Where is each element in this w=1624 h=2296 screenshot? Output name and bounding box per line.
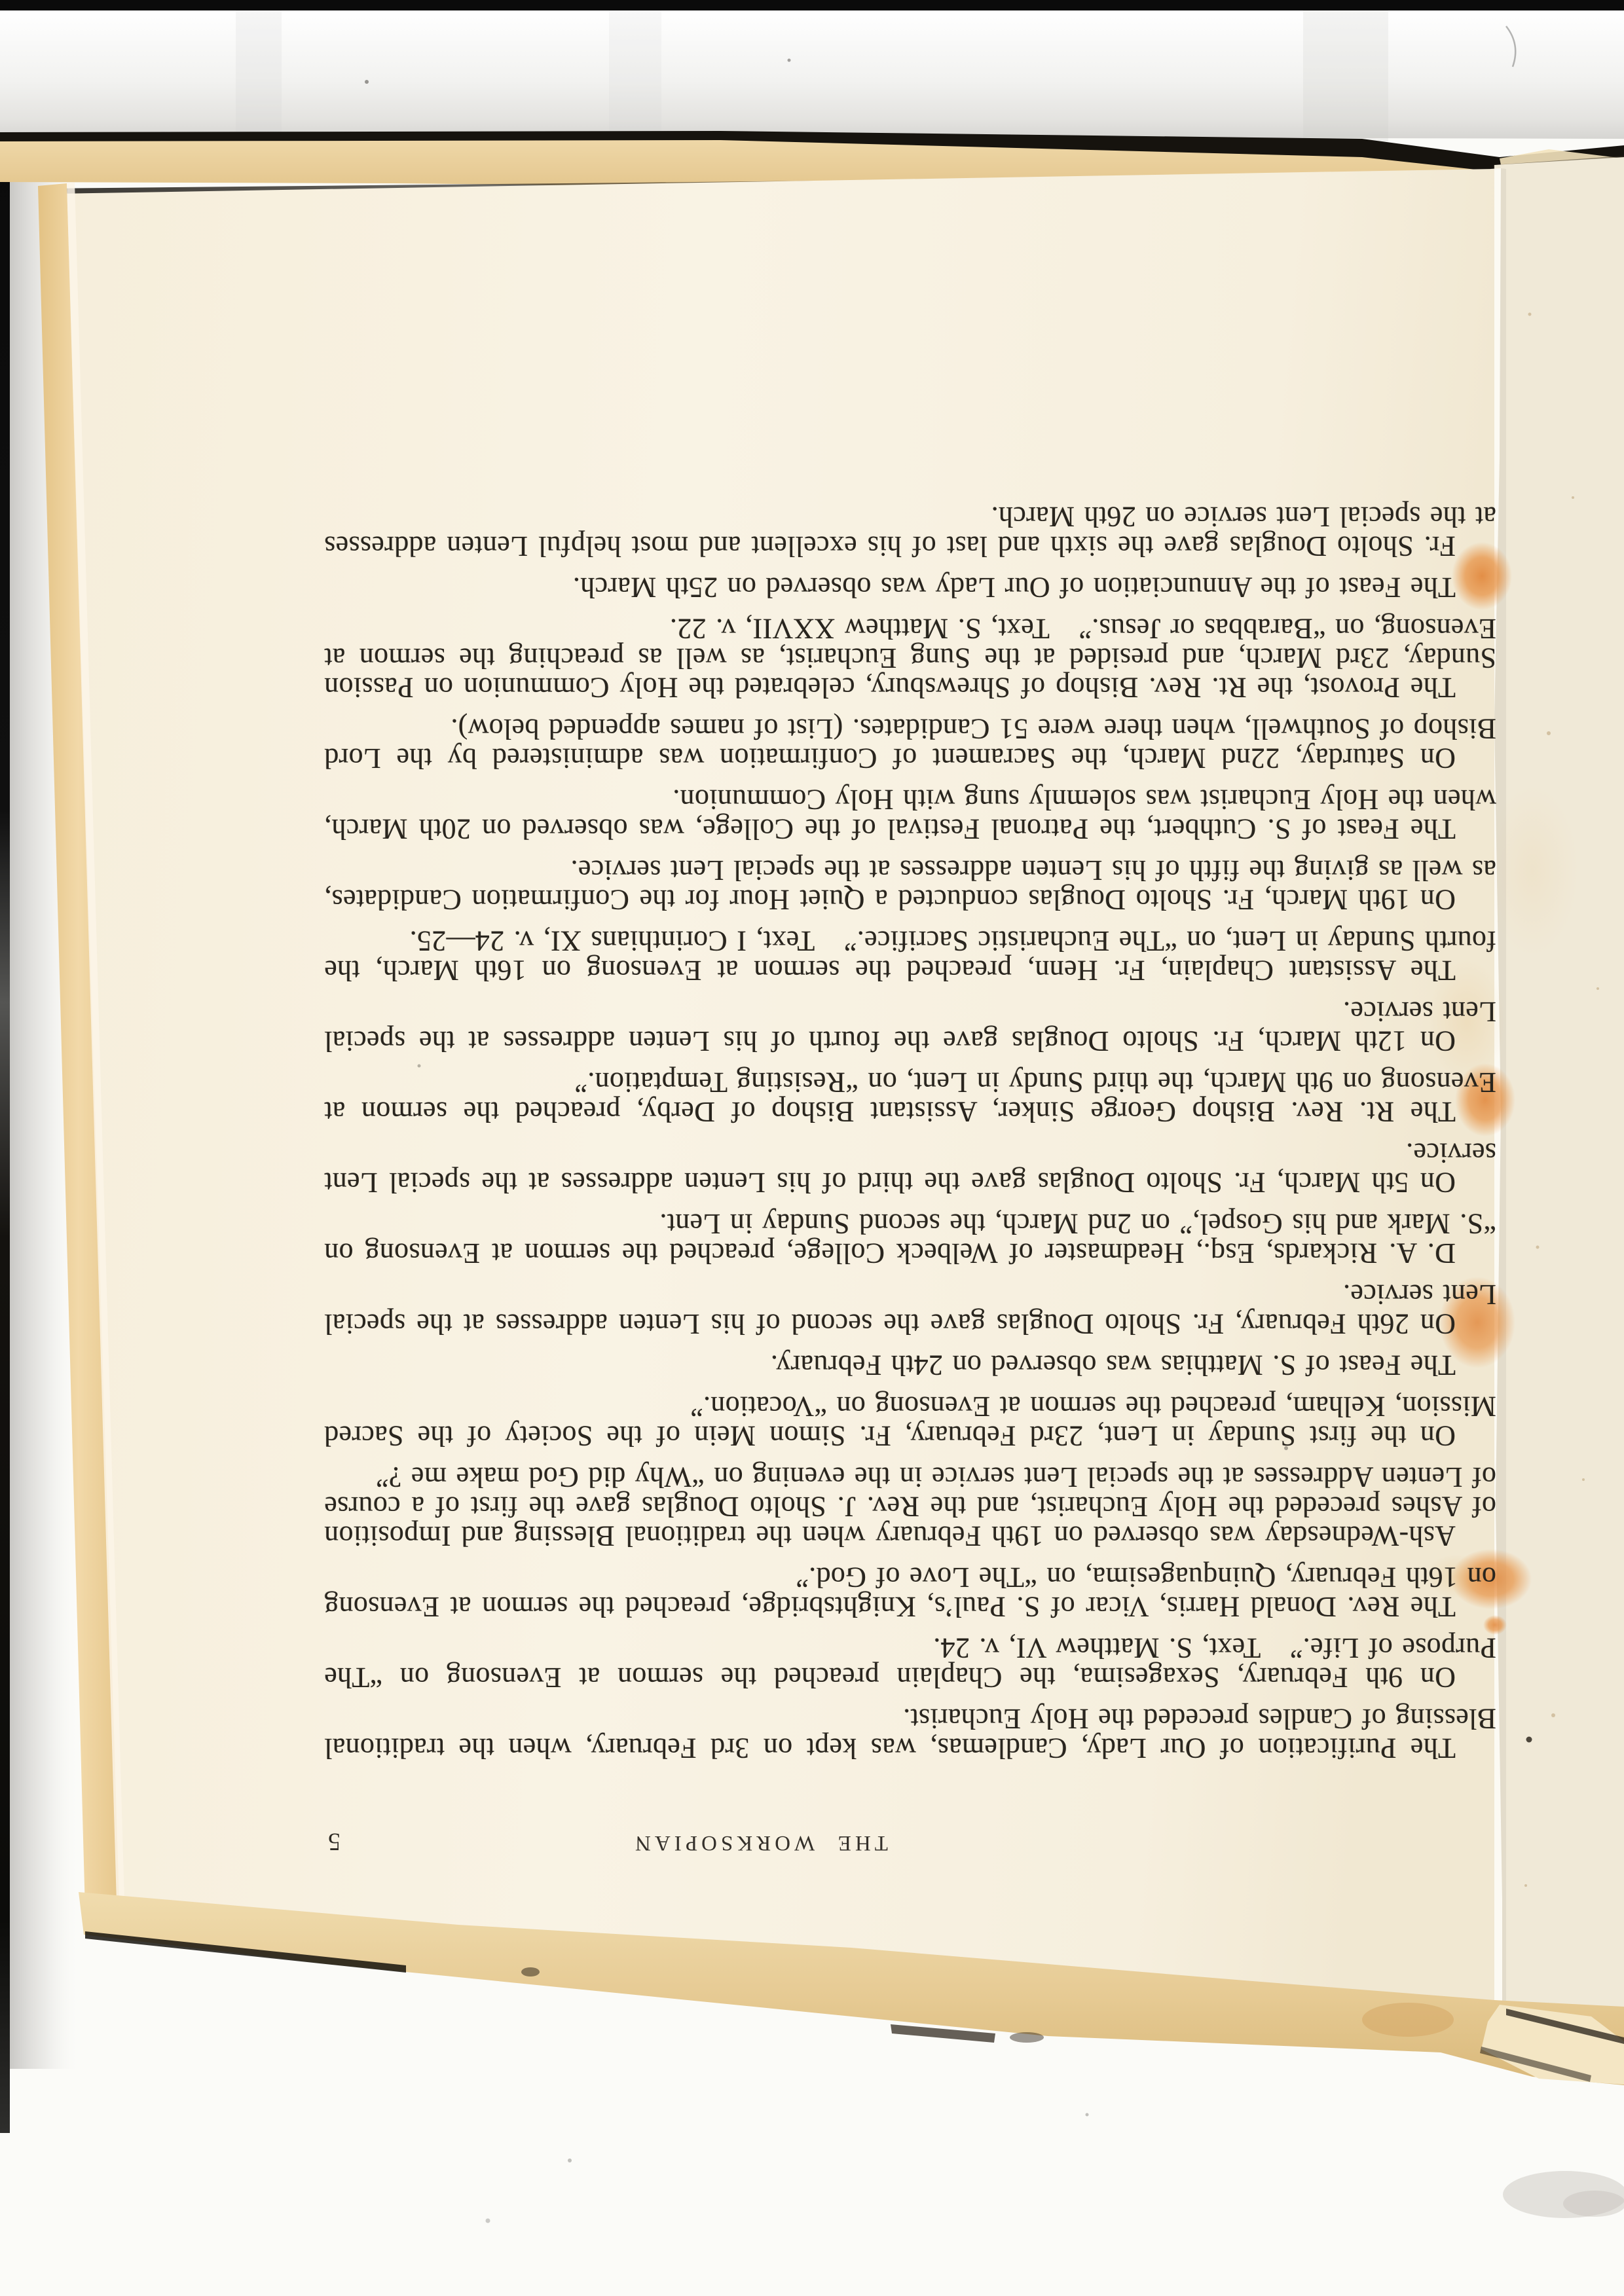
scanner-edge-left	[0, 0, 10, 2133]
chronicle-paragraphs: The Purification of Our Lady, Candlemas,…	[324, 502, 1496, 1763]
paragraph: Ash-Wednesday was observed on 19th Febru…	[324, 1463, 1496, 1551]
paragraph: Fr. Sholto Douglas gave the sixth and la…	[324, 502, 1496, 561]
paragraph: On Saturday, 22nd March, the Sacrament o…	[324, 714, 1496, 773]
paragraph: On 26th February, Fr. Sholto Douglas gav…	[324, 1280, 1496, 1339]
paragraph: The Rev. Donald Harris, Vicar of S. Paul…	[324, 1563, 1496, 1622]
paragraph: On the first Sunday in Lent, 23rd Februa…	[324, 1392, 1496, 1451]
paragraph: On 19th March, Fr. Sholto Douglas conduc…	[324, 856, 1496, 915]
paragraph: The Feast of the Annunciation of Our Lad…	[324, 573, 1496, 602]
paragraph: The Purification of Our Lady, Candlemas,…	[324, 1704, 1496, 1763]
paragraph: The Assistant Chaplain, Fr. Henn, preach…	[324, 926, 1496, 985]
paragraph: On 12th March, Fr. Sholto Douglas gave t…	[324, 997, 1496, 1056]
paragraph: The Provost, the Rt. Rev. Bishop of Shre…	[324, 614, 1496, 702]
dark-speck	[1526, 1737, 1532, 1743]
paragraph: On 9th February, Sexagesima, the Chaplai…	[324, 1633, 1496, 1692]
page-header: THE WORKSOPIAN 5	[324, 1826, 1496, 1856]
back-sheet	[1494, 157, 1624, 2020]
paragraph: The Feast of S. Cuthbert, the Patronal F…	[324, 785, 1496, 844]
page-number: 5	[328, 1827, 341, 1856]
scanned-book-spread: { "document": { "running_title": "THE WO…	[0, 0, 1624, 2296]
paragraph: On 5th March, Fr. Sholto Douglas gave th…	[324, 1139, 1496, 1197]
running-title: THE WORKSOPIAN	[631, 1831, 888, 1855]
page-text-block: THE WORKSOPIAN 5 The Purification of Our…	[324, 350, 1496, 1856]
paragraph: The Feast of S. Matthias was observed on…	[324, 1351, 1496, 1380]
scanner-edge-top	[0, 0, 1624, 10]
paragraph: The Rt. Rev. Bishop George Sinker, Assis…	[324, 1068, 1496, 1127]
paragraph: D. A. Rickards, Esq., Headmaster of Welb…	[324, 1209, 1496, 1268]
